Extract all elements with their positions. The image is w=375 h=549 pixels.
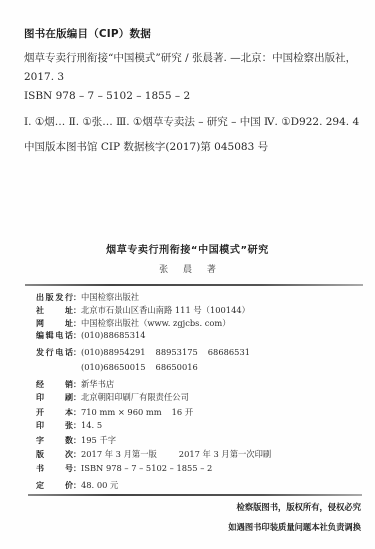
colophon-row-distribution-phone-2: (010)6865001568650016 bbox=[36, 362, 198, 374]
colophon-colon: ： bbox=[73, 347, 81, 358]
colophon-label: 社址 bbox=[36, 305, 73, 316]
colophon-row-editorial-phone: 编辑电话：(010)88685314 bbox=[36, 330, 146, 342]
colophon-value-extra: 88953175 bbox=[156, 347, 198, 357]
colophon-colon: ： bbox=[73, 392, 81, 403]
book-title: 烟草专卖行刑衔接“中国模式”研究 bbox=[0, 241, 375, 256]
colophon-row-printer: 印刷：北京朝阳印刷厂有限责任公司 bbox=[36, 391, 189, 403]
colophon-value: (010)68650015 bbox=[81, 362, 146, 372]
copyright-page: 图书在版编目（CIP）数据 烟草专卖行刑衔接“中国模式”研究 / 张晨著. —北… bbox=[0, 0, 375, 549]
colophon-colon: ： bbox=[73, 379, 81, 390]
colophon-colon: ： bbox=[73, 420, 81, 431]
colophon-row-edition: 版次：2017 年 3 月第一版2017 年 3 月第一次印刷 bbox=[36, 448, 271, 460]
cip-title-line: 烟草专卖行刑衔接“中国模式”研究 / 张晨著. —北京：中国检察出版社， bbox=[24, 50, 356, 65]
top-divider bbox=[25, 284, 363, 286]
colophon-row-publisher: 出版发行：中国检察出版社 bbox=[36, 291, 139, 303]
colophon-label: 出版发行 bbox=[36, 292, 73, 303]
colophon-row-price: 定价：48. 00 元 bbox=[36, 479, 118, 491]
colophon-colon: ： bbox=[73, 463, 81, 474]
colophon-value: 195 千字 bbox=[81, 434, 116, 446]
colophon-label: 版次 bbox=[36, 449, 73, 460]
colophon-label: 书号 bbox=[36, 463, 73, 474]
colophon-value: 北京市石景山区香山南路 111 号（100144） bbox=[81, 304, 250, 316]
colophon-value-extra: 2017 年 3 月第一次印刷 bbox=[179, 448, 271, 460]
colophon-value: 中国检察出版社 bbox=[81, 291, 139, 303]
book-author: 张 晨 著 bbox=[0, 262, 375, 275]
colophon-colon: ： bbox=[73, 305, 81, 316]
colophon-label: 印张 bbox=[36, 420, 73, 431]
colophon-value-extra: 68650016 bbox=[156, 362, 198, 372]
colophon-value: 中国检察出版社（www. zgjcbs. com） bbox=[81, 317, 231, 329]
bottom-divider bbox=[28, 494, 362, 496]
colophon-value: 48. 00 元 bbox=[81, 479, 118, 491]
colophon-row-address: 社址：北京市石景山区香山南路 111 号（100144） bbox=[36, 304, 250, 316]
colophon-value: 北京朝阳印刷厂有限责任公司 bbox=[81, 391, 189, 403]
colophon-label: 开本 bbox=[36, 407, 73, 418]
colophon-value: ISBN 978 – 7 – 5102 – 1855 – 2 bbox=[81, 463, 212, 473]
colophon-colon: ： bbox=[73, 330, 81, 341]
colophon-row-printed-sheets: 印张：14. 5 bbox=[36, 420, 102, 432]
copyright-notice: 检察版图书，版权所有，侵权必究 bbox=[237, 501, 361, 513]
quality-notice: 如遇图书印装质量问题本社负责调换 bbox=[228, 521, 361, 533]
colophon-row-website: 网址：中国检察出版社（www. zgjcbs. com） bbox=[36, 317, 231, 329]
colophon-value: (010)88954291 bbox=[81, 347, 146, 357]
colophon-value-extra: 16 开 bbox=[172, 406, 194, 418]
colophon-label: 编辑电话 bbox=[36, 330, 73, 341]
cip-classification-line: Ⅰ. ①烟… Ⅱ. ①张… Ⅲ. ①烟草专卖法 – 研究 – 中国 Ⅳ. ①D9… bbox=[24, 114, 359, 129]
colophon-colon: ： bbox=[73, 407, 81, 418]
colophon-colon: ： bbox=[73, 480, 81, 491]
colophon-colon: ： bbox=[73, 292, 81, 303]
colophon-value: 2017 年 3 月第一版 bbox=[81, 448, 157, 460]
colophon-value: 710 mm × 960 mm bbox=[81, 407, 162, 417]
cip-heading: 图书在版编目（CIP）数据 bbox=[24, 26, 151, 41]
colophon-row-isbn: 书号：ISBN 978 – 7 – 5102 – 1855 – 2 bbox=[36, 463, 212, 475]
colophon-label: 定价 bbox=[36, 480, 73, 491]
colophon-row-format: 开本：710 mm × 960 mm16 开 bbox=[36, 406, 193, 418]
colophon-label: 发行电话 bbox=[36, 347, 73, 358]
colophon-row-distribution-phone: 发行电话：(010)889542918895317568686531 bbox=[36, 347, 250, 359]
colophon-colon: ： bbox=[73, 318, 81, 329]
cip-record-number-line: 中国版本图书馆 CIP 数据核字(2017)第 045083 号 bbox=[24, 139, 268, 154]
colophon-label: 网址 bbox=[36, 318, 73, 329]
colophon-value: 14. 5 bbox=[81, 420, 102, 430]
cip-date-line: 2017. 3 bbox=[24, 71, 64, 83]
colophon-label: 印刷 bbox=[36, 392, 73, 403]
colophon-colon: ： bbox=[73, 449, 81, 460]
cip-isbn-line: ISBN 978 – 7 – 5102 – 1855 – 2 bbox=[24, 90, 190, 102]
colophon-value-extra: 68686531 bbox=[208, 347, 250, 357]
colophon-row-word-count: 字数：195 千字 bbox=[36, 434, 116, 446]
colophon-label: 经销 bbox=[36, 379, 73, 390]
colophon-label: 字数 bbox=[36, 435, 73, 446]
colophon-value: (010)88685314 bbox=[81, 330, 146, 340]
colophon-row-distributor: 经销：新华书店 bbox=[36, 378, 114, 390]
colophon-value: 新华书店 bbox=[81, 378, 114, 390]
colophon-colon: ： bbox=[73, 435, 81, 446]
